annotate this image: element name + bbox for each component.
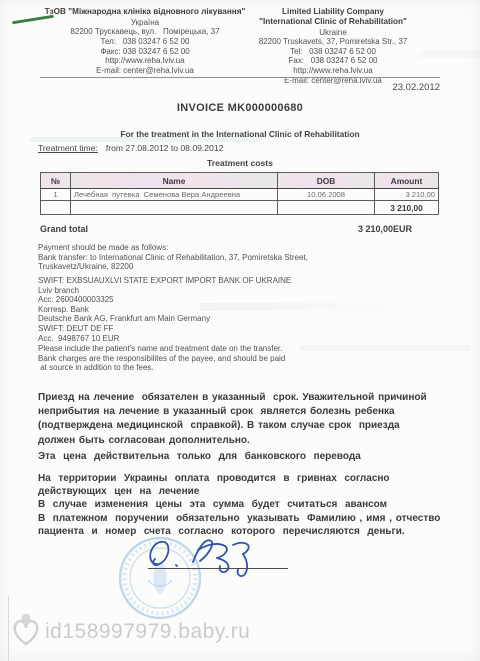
cell-name: Лечебная путевка Семенова Вера Андреевна — [71, 189, 278, 201]
signature — [138, 533, 294, 581]
col-header-dob: DOB — [278, 173, 375, 189]
terms-line: неприбытия на лечение в указанный срок я… — [38, 405, 427, 419]
payment-line: Bank transfer: to International Clinic o… — [38, 253, 308, 263]
company-name-en: Limited Liability Company "International… — [240, 7, 426, 27]
company-name-en-line2: "International Clinic of Rehabilitation" — [240, 17, 426, 27]
header-line: Україна — [42, 18, 248, 28]
cell-empty — [41, 201, 71, 215]
col-header-name: Name — [71, 173, 278, 189]
payment-line: Payment should be made as follows: — [38, 243, 308, 253]
header-ukrainian: ТзОВ "Міжнародна клініка відновного ліку… — [42, 7, 248, 75]
korresp-account-line: Acc. 9498767 10 EUR — [38, 334, 291, 344]
terms-line: На территории Украины оплата проводится … — [38, 472, 390, 485]
company-name-en-line1: Limited Liability Company — [240, 7, 426, 17]
header-line: Tel: 038 03247 6 52 00 — [240, 47, 426, 57]
payment-instructions: Payment should be made as follows: Bank … — [38, 243, 308, 272]
signature-line — [148, 568, 288, 569]
clinic-website-url: http://www.reha.lviv.ua — [42, 56, 248, 66]
korresp-bank-line: Korresp. Bank — [38, 305, 291, 315]
terms-price-validity-line: Эта цена действительна только для банков… — [38, 450, 361, 464]
terms-ukraine-payment-paragraph: На территории Украины оплата проводится … — [38, 472, 390, 511]
grand-total-label: Grand total — [40, 224, 88, 234]
note-line: Please include the patient's name and tr… — [38, 344, 285, 354]
header-english: Limited Liability Company "International… — [240, 7, 426, 85]
treatment-costs-table: № Name DOB Amount 1 Лечебная путевка Сем… — [40, 172, 439, 215]
document-date: 23.02.2012 — [330, 82, 440, 93]
header-line: 82200 Truskavets, 37, Pomiretska Str., 3… — [240, 37, 426, 47]
invoice-title: INVOICE MK000000680 — [0, 102, 480, 114]
header-line: Факс: 038 03247 6 52 00 — [42, 47, 248, 57]
header-line: 82200 Трускавець, вул. Помірецька, 37 — [42, 27, 248, 37]
header-line: Ukraine — [240, 28, 426, 38]
cell-number: 1 — [41, 189, 71, 201]
header-line: Тел: 038 03247 6 52 00 — [42, 37, 248, 47]
bank-branch-line: Lviv branch — [38, 286, 291, 296]
treatment-time-line: Treatment time:from 27.08.2012 to 08.09.… — [38, 143, 223, 153]
table-total-row: 3 210,00 — [41, 201, 439, 215]
cell-total-amount: 3 210,00 — [375, 201, 439, 215]
grand-total-value: 3 210,00EUR — [320, 224, 412, 234]
babyru-heart-icon — [9, 612, 43, 650]
payment-line: Truskavetz/Ukraine, 82200 — [38, 262, 308, 272]
col-header-amount: Amount — [375, 173, 439, 189]
header-divider — [40, 77, 440, 78]
company-name-uk: ТзОВ "Міжнародна клініка відновного ліку… — [42, 7, 248, 17]
header-line: Fax: 038 03247 6 52 00 — [240, 56, 426, 66]
terms-arrival-paragraph: Приезд на лечение обязателен в указанный… — [38, 391, 427, 448]
korresp-swift-line: SWIFT: DEUT DE FF — [38, 324, 291, 334]
terms-line: В платежном поручении обязательно указыв… — [38, 513, 440, 526]
clinic-email: E-mail: center@reha.lviv.ua — [42, 66, 248, 76]
terms-line: (подтверждена медицинской справкой). В т… — [38, 419, 427, 433]
cell-amount: 3 210,00 — [375, 189, 439, 201]
clinic-website-url: http://www.reha.lviv.ua — [240, 66, 426, 76]
cell-dob: 10.06.2008 — [278, 189, 375, 201]
treatment-costs-title: Treatment costs — [0, 158, 480, 168]
note-line: at source in addition to the fees. — [38, 363, 285, 373]
treatment-time-label: Treatment time: — [38, 143, 98, 153]
watermark-text: id158997979.baby.ru — [45, 620, 250, 644]
note-line: Bank charges are the responsibilites of … — [38, 354, 285, 364]
scan-smudge — [420, 50, 480, 58]
swift-code-line: SWIFT: EXBSUAUXLVI STATE EXPORT IMPORT B… — [38, 276, 291, 286]
scan-smudge — [300, 345, 470, 351]
bank-details: SWIFT: EXBSUAUXLVI STATE EXPORT IMPORT B… — [38, 276, 291, 343]
cell-empty — [71, 201, 278, 215]
table-row: 1 Лечебная путевка Семенова Вера Андреев… — [41, 189, 439, 201]
treatment-time-value: from 27.08.2012 to 08.09.2012 — [106, 143, 224, 153]
terms-line: действующих цен на лечение — [38, 485, 390, 498]
invoice-subtitle: For the treatment in the International C… — [0, 129, 480, 139]
table-header-row: № Name DOB Amount — [41, 173, 439, 189]
invoice-scan-page: ТзОВ "Міжнародна клініка відновного ліку… — [0, 0, 480, 661]
transfer-note: Please include the patient's name and tr… — [38, 344, 285, 373]
col-header-number: № — [41, 173, 71, 189]
korresp-bank-name-line: Deutsche Bank AG, Frankfurt am Main Germ… — [38, 314, 291, 324]
terms-line: В случае изменения цены эта сумма будет … — [38, 498, 390, 511]
account-number-line: Acc. 2600400003325 — [38, 295, 291, 305]
terms-line: Приезд на лечение обязателен в указанный… — [38, 391, 427, 405]
cell-empty — [278, 201, 375, 215]
terms-line: должен быть согласован дополнительно. — [38, 434, 427, 448]
